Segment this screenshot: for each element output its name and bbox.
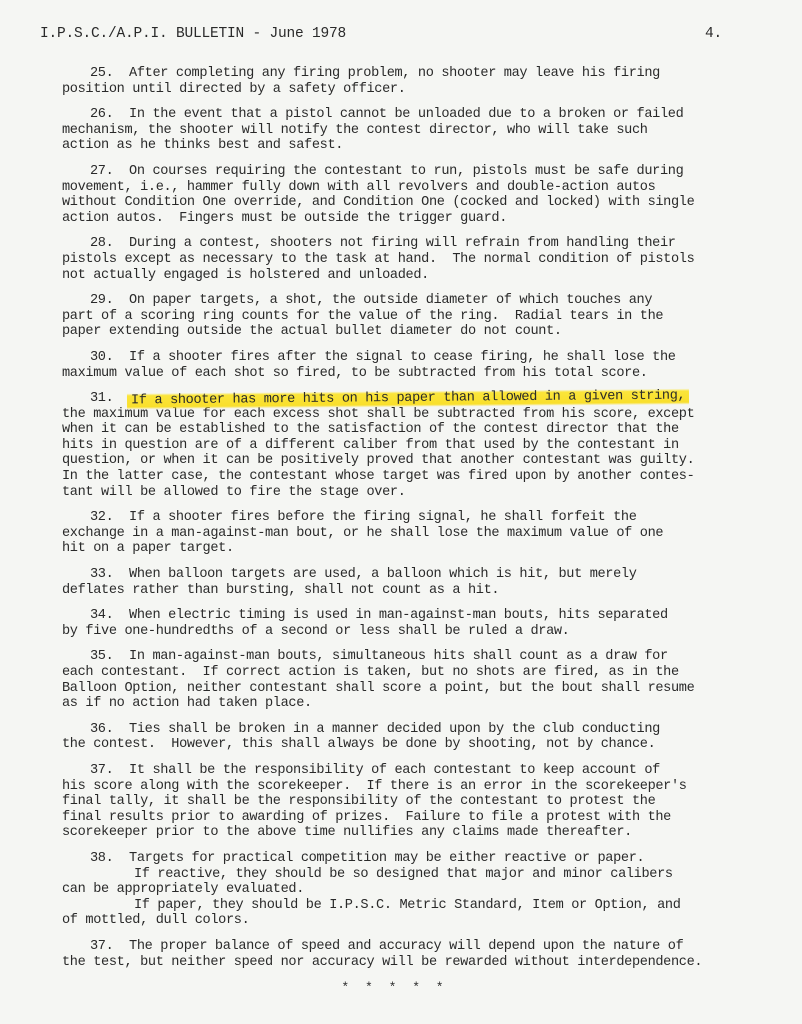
text-line: position until directed by a safety offi…	[62, 82, 727, 98]
rule-paragraph: 33. When balloon targets are used, a bal…	[62, 567, 727, 598]
rule-number: 32.	[90, 510, 129, 525]
text-line: hit on a paper target.	[62, 541, 727, 557]
line-text: When electric timing is used in man-agai…	[129, 608, 668, 623]
text-line: If reactive, they should be so designed …	[62, 867, 727, 883]
end-mark: * * * * *	[62, 980, 727, 996]
line-text: The proper balance of speed and accuracy…	[129, 939, 683, 954]
text-line: action autos. Fingers must be outside th…	[62, 211, 727, 227]
line-text: On courses requiring the contestant to r…	[129, 164, 683, 179]
text-line: 37. The proper balance of speed and accu…	[62, 939, 727, 955]
text-line: If paper, they should be I.P.S.C. Metric…	[62, 898, 727, 914]
text-line: question, or when it can be positively p…	[62, 453, 727, 469]
rule-paragraph: 36. Ties shall be broken in a manner dec…	[62, 722, 727, 753]
text-line: 29. On paper targets, a shot, the outsid…	[62, 293, 727, 309]
rule-number: 33.	[90, 567, 129, 582]
rule-paragraph: 29. On paper targets, a shot, the outsid…	[62, 293, 727, 340]
rule-paragraph: 37. The proper balance of speed and accu…	[62, 939, 727, 970]
rule-number: 35.	[90, 649, 129, 664]
line-text: In the event that a pistol cannot be unl…	[129, 107, 683, 122]
rule-number: 30.	[90, 350, 129, 365]
rule-number: 26.	[90, 107, 129, 122]
text-line: movement, i.e., hammer fully down with a…	[62, 180, 727, 196]
text-line: tant will be allowed to fire the stage o…	[62, 485, 727, 501]
text-line: the contest. However, this shall always …	[62, 737, 727, 753]
page-header: I.P.S.C./A.P.I. BULLETIN - June 1978 4.	[40, 26, 722, 42]
text-line: 31. If a shooter has more hits on his pa…	[62, 391, 727, 407]
line-text: If a shooter fires after the signal to c…	[129, 350, 676, 365]
text-line: scorekeeper prior to the above time null…	[62, 825, 727, 841]
document-page: I.P.S.C./A.P.I. BULLETIN - June 1978 4. …	[0, 0, 802, 1024]
text-line: 28. During a contest, shooters not firin…	[62, 236, 727, 252]
rule-number: 29.	[90, 293, 129, 308]
rule-paragraph: 28. During a contest, shooters not firin…	[62, 236, 727, 283]
rule-paragraph: 37. It shall be the responsibility of ea…	[62, 763, 727, 841]
text-line: final tally, it shall be the responsibil…	[62, 794, 727, 810]
text-line: without Condition One override, and Cond…	[62, 195, 727, 211]
text-line: deflates rather than bursting, shall not…	[62, 583, 727, 599]
rule-paragraph: 34. When electric timing is used in man-…	[62, 608, 727, 639]
page-number: 4.	[705, 26, 722, 42]
text-line: 35. In man-against-man bouts, simultaneo…	[62, 649, 727, 665]
rule-paragraph: 35. In man-against-man bouts, simultaneo…	[62, 649, 727, 711]
text-line: 37. It shall be the responsibility of ea…	[62, 763, 727, 779]
text-line: exchange in a man-against-man bout, or h…	[62, 526, 727, 542]
rule-number: 37.	[90, 939, 129, 954]
text-line: Balloon Option, neither contestant shall…	[62, 681, 727, 697]
text-line: of mottled, dull colors.	[62, 913, 727, 929]
rule-number: 38.	[90, 851, 129, 866]
text-line: can be appropriately evaluated.	[62, 882, 727, 898]
text-line: part of a scoring ring counts for the va…	[62, 309, 727, 325]
rule-number: 36.	[90, 722, 129, 737]
rule-paragraph: 26. In the event that a pistol cannot be…	[62, 107, 727, 154]
text-line: mechanism, the shooter will notify the c…	[62, 123, 727, 139]
text-line: the maximum value for each excess shot s…	[62, 407, 727, 423]
rule-paragraph: 32. If a shooter fires before the firing…	[62, 510, 727, 557]
text-line: 33. When balloon targets are used, a bal…	[62, 567, 727, 583]
rule-number: 28.	[90, 236, 129, 251]
rule-paragraph: 30. If a shooter fires after the signal …	[62, 350, 727, 381]
text-line: as if no action had taken place.	[62, 696, 727, 712]
text-line: final results prior to awarding of prize…	[62, 810, 727, 826]
line-text: If a shooter fires before the firing sig…	[129, 510, 637, 525]
text-line: maximum value of each shot so fired, to …	[62, 366, 727, 382]
text-line: his score along with the scorekeeper. If…	[62, 779, 727, 795]
line-text: When balloon targets are used, a balloon…	[129, 567, 637, 582]
text-line: not actually engaged is holstered and un…	[62, 268, 727, 284]
line-text: In man-against-man bouts, simultaneous h…	[129, 649, 668, 664]
line-text: After completing any firing problem, no …	[129, 66, 660, 81]
rule-paragraph: 38. Targets for practical competition ma…	[62, 851, 727, 929]
text-line: pistols except as necessary to the task …	[62, 252, 727, 268]
rule-paragraph: 27. On courses requiring the contestant …	[62, 164, 727, 226]
rule-number: 31.	[90, 391, 129, 406]
rule-number: 27.	[90, 164, 129, 179]
line-text: It shall be the responsibility of each c…	[129, 763, 660, 778]
text-line: 30. If a shooter fires after the signal …	[62, 350, 727, 366]
text-line: by five one-hundredths of a second or le…	[62, 624, 727, 640]
text-line: 38. Targets for practical competition ma…	[62, 851, 727, 867]
text-line: In the latter case, the contestant whose…	[62, 469, 727, 485]
rule-paragraph: 31. If a shooter has more hits on his pa…	[62, 391, 727, 500]
text-line: 34. When electric timing is used in man-…	[62, 608, 727, 624]
document-body: 25. After completing any firing problem,…	[62, 66, 727, 996]
line-text: Targets for practical competition may be…	[129, 851, 644, 866]
text-line: when it can be established to the satisf…	[62, 422, 727, 438]
text-line: 36. Ties shall be broken in a manner dec…	[62, 722, 727, 738]
text-line: 32. If a shooter fires before the firing…	[62, 510, 727, 526]
text-line: the test, but neither speed nor accuracy…	[62, 955, 727, 971]
line-text: On paper targets, a shot, the outside di…	[129, 293, 652, 308]
rule-paragraph: 25. After completing any firing problem,…	[62, 66, 727, 97]
line-text: Ties shall be broken in a manner decided…	[129, 722, 660, 737]
text-line: 25. After completing any firing problem,…	[62, 66, 727, 82]
text-line: paper extending outside the actual bulle…	[62, 324, 727, 340]
bulletin-title: I.P.S.C./A.P.I. BULLETIN - June 1978	[40, 26, 346, 42]
text-line: action as he thinks best and safest.	[62, 138, 727, 154]
text-line: each contestant. If correct action is ta…	[62, 665, 727, 681]
rule-number: 37.	[90, 763, 129, 778]
line-text: During a contest, shooters not firing wi…	[129, 236, 676, 251]
text-line: 26. In the event that a pistol cannot be…	[62, 107, 727, 123]
text-line: hits in question are of a different cali…	[62, 438, 727, 454]
text-line: 27. On courses requiring the contestant …	[62, 164, 727, 180]
rule-number: 34.	[90, 608, 129, 623]
rule-number: 25.	[90, 66, 129, 81]
